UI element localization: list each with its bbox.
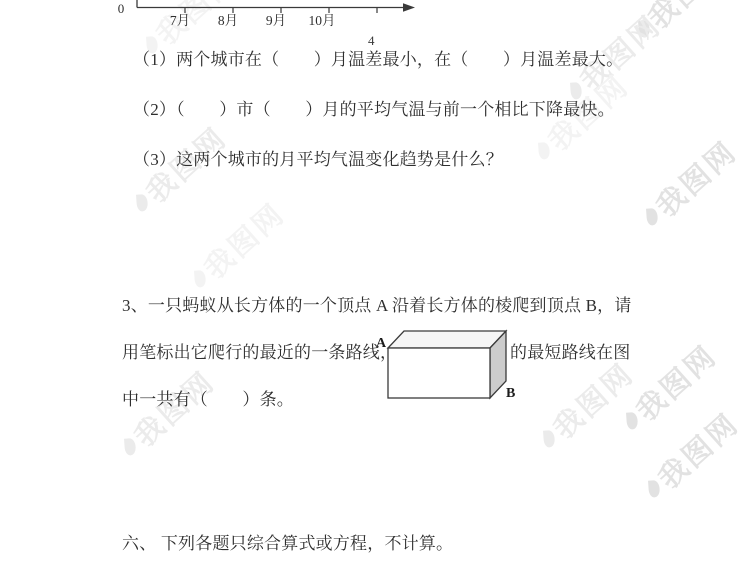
axis-month-label: 8月: [218, 13, 238, 28]
vertex-a-label: A: [376, 336, 387, 351]
vertex-b-label: B: [506, 386, 515, 401]
question-1-text: （1）两个城市在（ ）月温差最小，在（ ）月温差最大。: [133, 50, 623, 70]
problem3-line1: 3、一只蚂蚁从长方体的一个顶点 A 沿着长方体的棱爬到顶点 B，请: [122, 296, 632, 316]
x-axis-drawing: 0 7月 8月 9月 10月: [95, 0, 435, 28]
watermark-logo: 我图网: [614, 334, 725, 439]
question-3-text: （3）这两个城市的月平均气温变化趋势是什么？: [133, 150, 503, 170]
question-2-text: （2）（ ）市（ ）月的平均气温与前一个相比下降最快。: [133, 100, 615, 120]
axis-month-label: 7月: [170, 13, 190, 28]
watermark-logo: 我图网: [626, 0, 737, 48]
watermark-logo: 我图网: [636, 402, 747, 507]
page-number: 4: [368, 33, 375, 49]
cuboid-top-face: [388, 331, 506, 348]
watermark-logo: 我图网: [531, 352, 642, 457]
axis-month-label: 9月: [266, 13, 286, 28]
problem3-line3: 中一共有（ ）条。: [122, 390, 294, 410]
worksheet-page: 我图网 我图网 我图网 我图网 我图网 我图网 我图网 我图网 我图网 我图网 …: [0, 0, 750, 563]
cuboid-drawing: A B: [370, 325, 535, 410]
axis-origin-label: 0: [118, 1, 125, 16]
problem3-line2-before-figure: 用笔标出它爬行的最近的一条路线，: [122, 343, 397, 363]
watermark-logo: 我图网: [112, 360, 223, 465]
section-6-heading: 六、 下列各题只综合算式或方程，不计算。: [122, 534, 453, 554]
axis-arrowhead-icon: [403, 3, 415, 12]
watermark-logo: 我图网: [634, 130, 745, 235]
axis-month-label: 10月: [309, 13, 336, 28]
watermark-logo: 我图网: [182, 192, 293, 297]
cuboid-front-face: [388, 348, 490, 398]
cuboid-figure: A B: [370, 325, 535, 415]
chart-x-axis: 0 7月 8月 9月 10月: [95, 0, 435, 33]
